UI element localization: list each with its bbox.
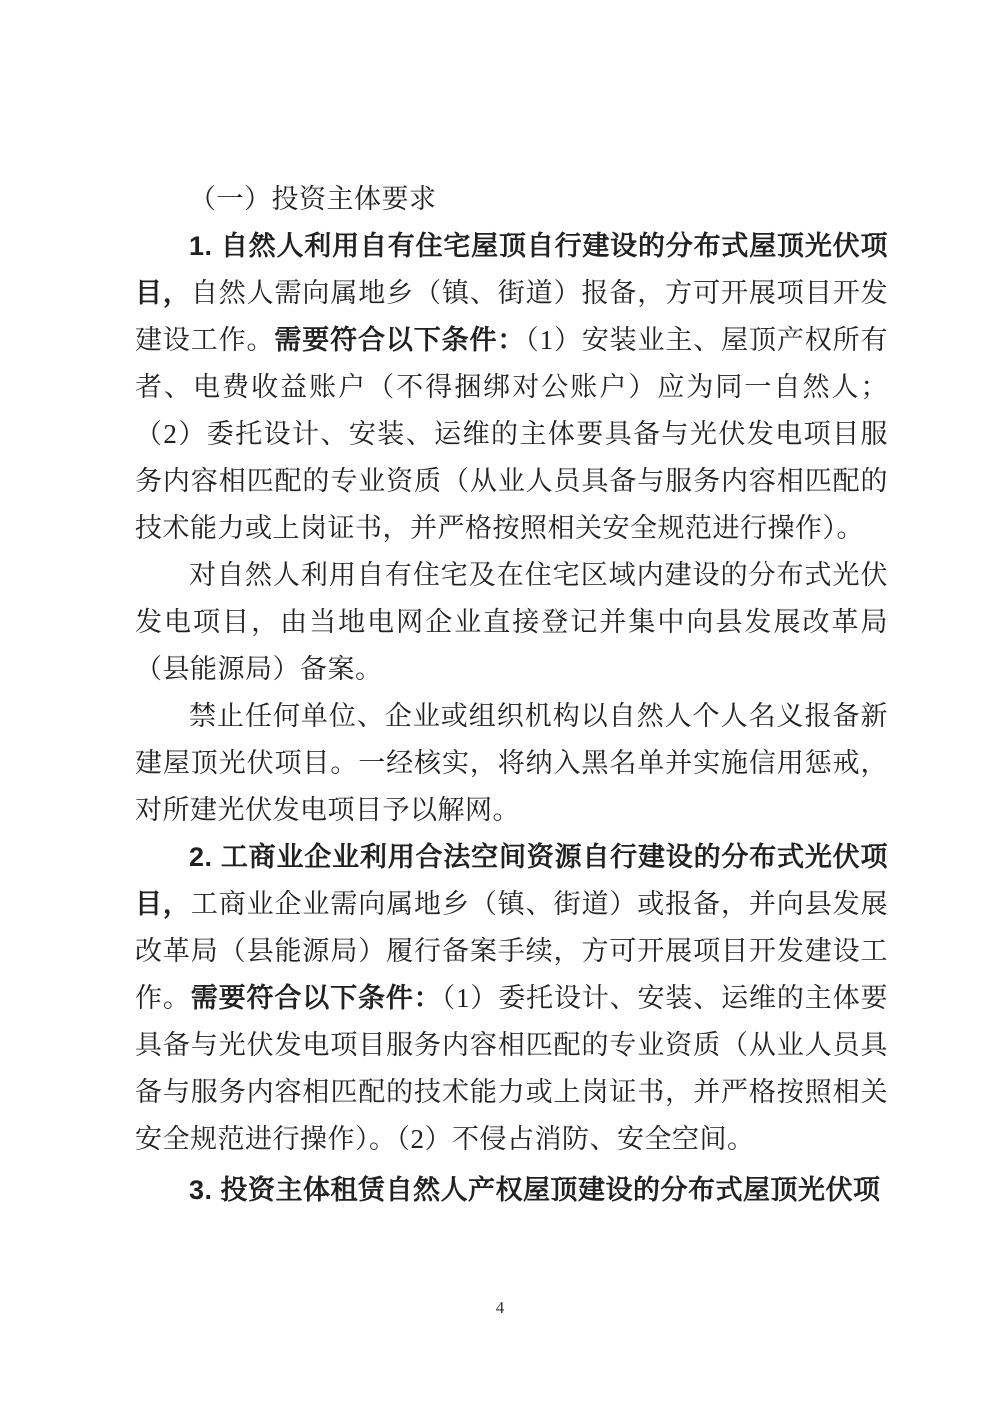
paragraph-investor-natural-person: 1. 自然人利用自有住宅屋顶自行建设的分布式屋顶光伏项目，自然人需向属地乡（镇、… bbox=[135, 223, 888, 552]
section-heading: （一）投资主体要求 bbox=[135, 176, 888, 223]
text-run: 禁止任何单位、企业或组织机构以自然人个人名义报备新建屋顶光伏项目。一经核实，将纳… bbox=[135, 701, 888, 825]
document-page: （一）投资主体要求 1. 自然人利用自有住宅屋顶自行建设的分布式屋顶光伏项目，自… bbox=[0, 0, 1000, 1414]
text-run-bold: 3. 投资主体租赁自然人产权屋顶建设的分布式屋顶光伏项 bbox=[189, 1175, 881, 1205]
document-body: （一）投资主体要求 1. 自然人利用自有住宅屋顶自行建设的分布式屋顶光伏项目，自… bbox=[135, 176, 888, 1214]
text-run-bold: 需要符合以下条件： bbox=[191, 983, 442, 1013]
text-run: 对自然人利用自有住宅及在住宅区域内建设的分布式光伏发电项目，由当地电网企业直接登… bbox=[135, 560, 888, 684]
page-number: 4 bbox=[0, 1296, 1000, 1320]
paragraph-leased-roof: 3. 投资主体租赁自然人产权屋顶建设的分布式屋顶光伏项 bbox=[135, 1167, 888, 1214]
paragraph-commercial-enterprise: 2. 工商业企业利用合法空间资源自行建设的分布式光伏项目，工商业企业需向属地乡（… bbox=[135, 834, 888, 1163]
paragraph-grid-registration: 对自然人利用自有住宅及在住宅区域内建设的分布式光伏发电项目，由当地电网企业直接登… bbox=[135, 552, 888, 693]
text-run: （1）安装业主、屋顶产权所有者、电费收益账户（不得捆绑对公账户）应为同一自然人；… bbox=[135, 325, 888, 543]
paragraph-prohibition: 禁止任何单位、企业或组织机构以自然人个人名义报备新建屋顶光伏项目。一经核实，将纳… bbox=[135, 693, 888, 834]
text-run-bold: 需要符合以下条件： bbox=[274, 325, 525, 355]
